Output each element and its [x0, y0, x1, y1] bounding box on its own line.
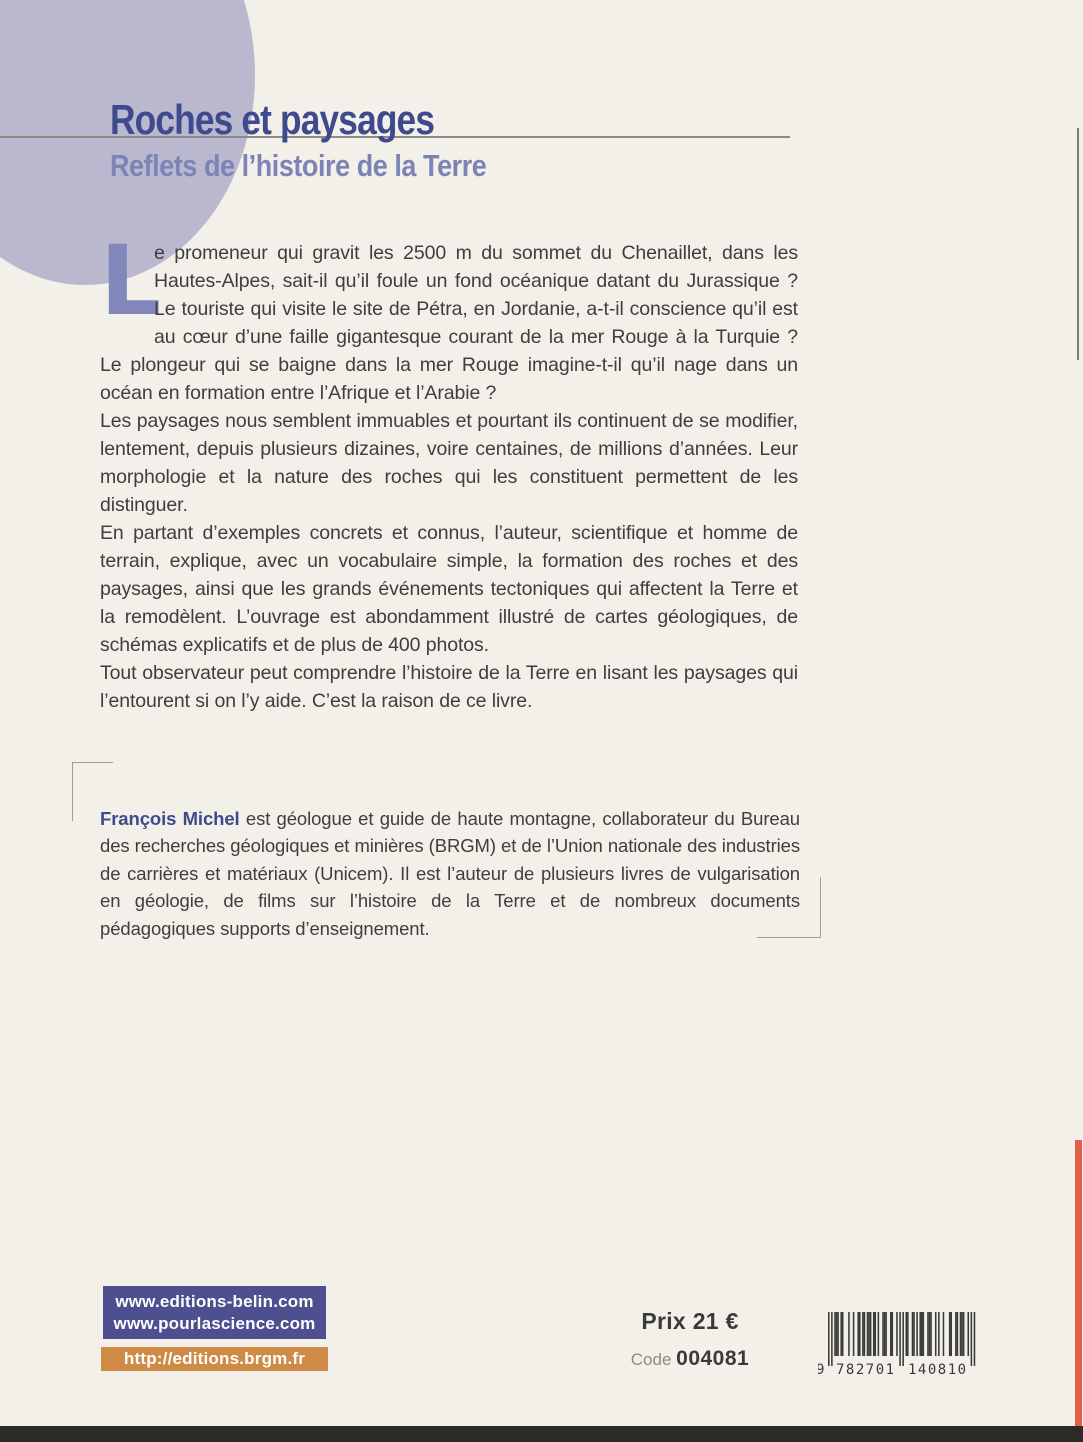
price-label: Prix 21 €	[560, 1308, 820, 1335]
brgm-link-box: http://editions.brgm.fr	[101, 1347, 328, 1371]
scan-edge-bottom	[0, 1426, 1083, 1442]
publisher-link-pourlascience: www.pourlascience.com	[114, 1313, 316, 1335]
publisher-links-box: www.editions-belin.com www.pourlascience…	[103, 1286, 326, 1339]
code-value: 004081	[676, 1347, 749, 1370]
scan-edge-right-line	[1077, 128, 1079, 360]
ean13-barcode: 9782701140810	[818, 1312, 988, 1389]
author-bio-paragraph: François Michel est géologue et guide de…	[100, 805, 800, 943]
publisher-link-belin: www.editions-belin.com	[115, 1291, 313, 1313]
paragraph-4: Tout observateur peut comprendre l’histo…	[100, 659, 798, 715]
dropcap-letter: L	[100, 244, 144, 324]
svg-text:782701: 782701	[836, 1362, 896, 1378]
code-label: Code	[631, 1350, 672, 1369]
paragraph-1: Le promeneur qui gravit les 2500 m du so…	[100, 239, 798, 407]
code-row: Code 004081	[560, 1347, 820, 1371]
book-back-cover: Roches et paysages Reflets de l’histoire…	[0, 0, 1083, 1442]
brgm-link: http://editions.brgm.fr	[124, 1349, 305, 1369]
svg-text:140810: 140810	[908, 1362, 968, 1378]
main-description: Le promeneur qui gravit les 2500 m du so…	[100, 239, 798, 715]
paragraph-1-text: e promeneur qui gravit les 2500 m du som…	[100, 242, 798, 404]
author-bio: François Michel est géologue et guide de…	[100, 786, 800, 961]
author-name: François Michel	[100, 808, 240, 829]
book-subtitle: Reflets de l’histoire de la Terre	[110, 148, 486, 184]
svg-text:9: 9	[818, 1362, 826, 1378]
paragraph-3: En partant d’exemples concrets et connus…	[100, 519, 798, 659]
book-title: Roches et paysages	[110, 96, 434, 144]
scan-edge-right-red	[1075, 1140, 1082, 1442]
paragraph-2: Les paysages nous semblent immuables et …	[100, 407, 798, 519]
